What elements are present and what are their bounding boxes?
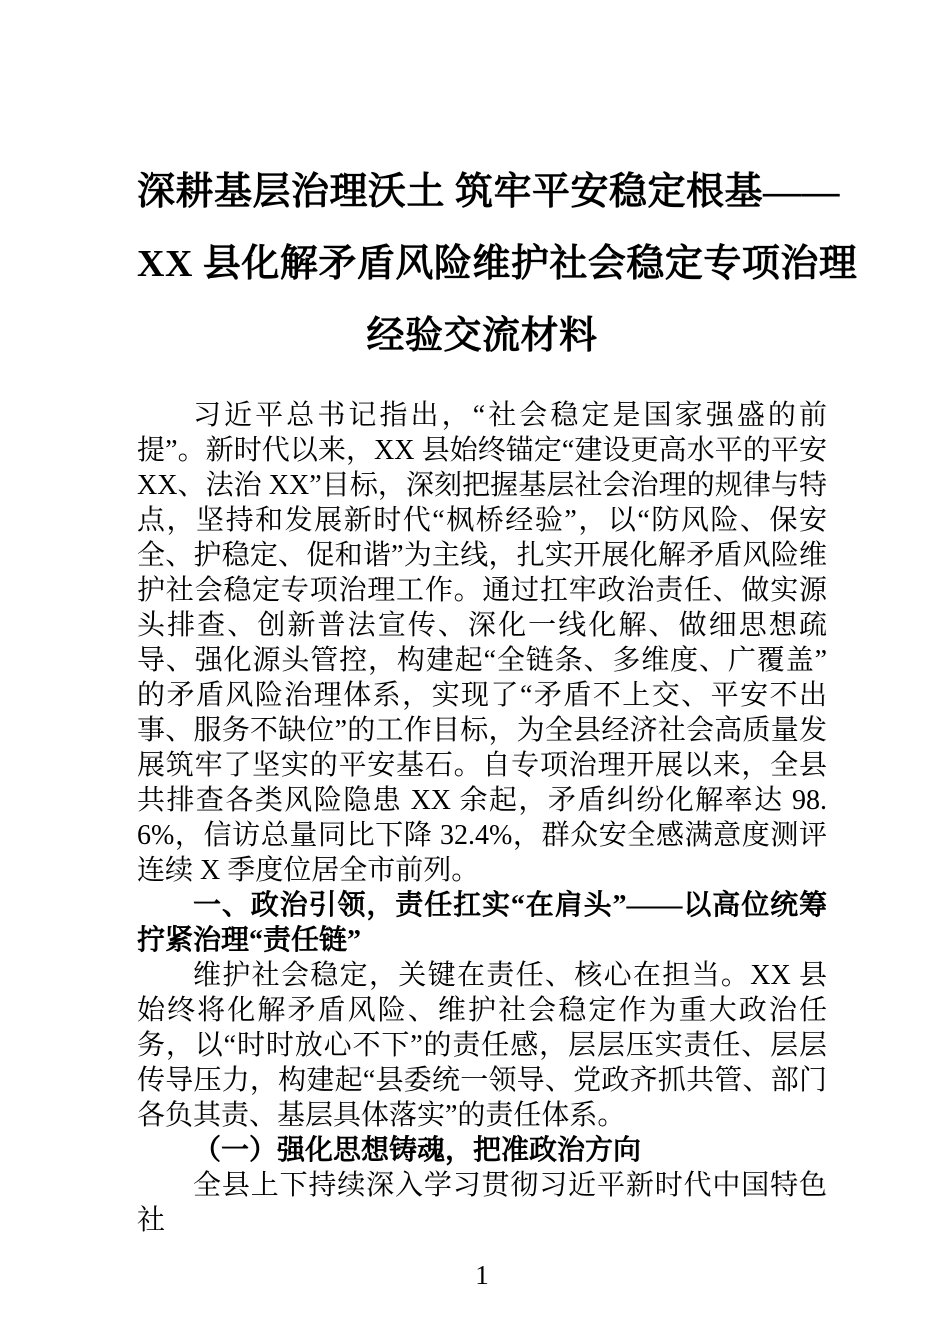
document-body: 习近平总书记指出，“社会稳定是国家强盛的前提”。新时代以来，XX 县始终锚定“建… [137,398,827,1238]
title-line-2: XX 县化解矛盾风险维护社会稳定专项治理 [137,228,827,300]
document-page: 深耕基层治理沃土 筑牢平安稳定根基—— XX 县化解矛盾风险维护社会稳定专项治理… [0,0,950,1344]
paragraph-responsibility: 维护社会稳定，关键在责任、核心在担当。XX 县始终将化解矛盾风险、维护社会稳定作… [137,958,827,1133]
title-line-3: 经验交流材料 [137,300,827,372]
section-heading-1: 一、政治引领，责任扛实“在肩头”——以高位统筹拧紧治理“责任链” [137,888,827,958]
page-content: 深耕基层治理沃土 筑牢平安稳定根基—— XX 县化解矛盾风险维护社会稳定专项治理… [0,0,950,1292]
paragraph-study-truncated: 全县上下持续深入学习贯彻习近平新时代中国特色社 [137,1168,827,1238]
page-number: 1 [137,1258,827,1292]
subsection-heading-1-1: （一）强化思想铸魂，把准政治方向 [137,1133,827,1168]
title-line-1: 深耕基层治理沃土 筑牢平安稳定根基—— [137,156,827,228]
document-title: 深耕基层治理沃土 筑牢平安稳定根基—— XX 县化解矛盾风险维护社会稳定专项治理… [137,156,827,372]
paragraph-introduction: 习近平总书记指出，“社会稳定是国家强盛的前提”。新时代以来，XX 县始终锚定“建… [137,398,827,888]
